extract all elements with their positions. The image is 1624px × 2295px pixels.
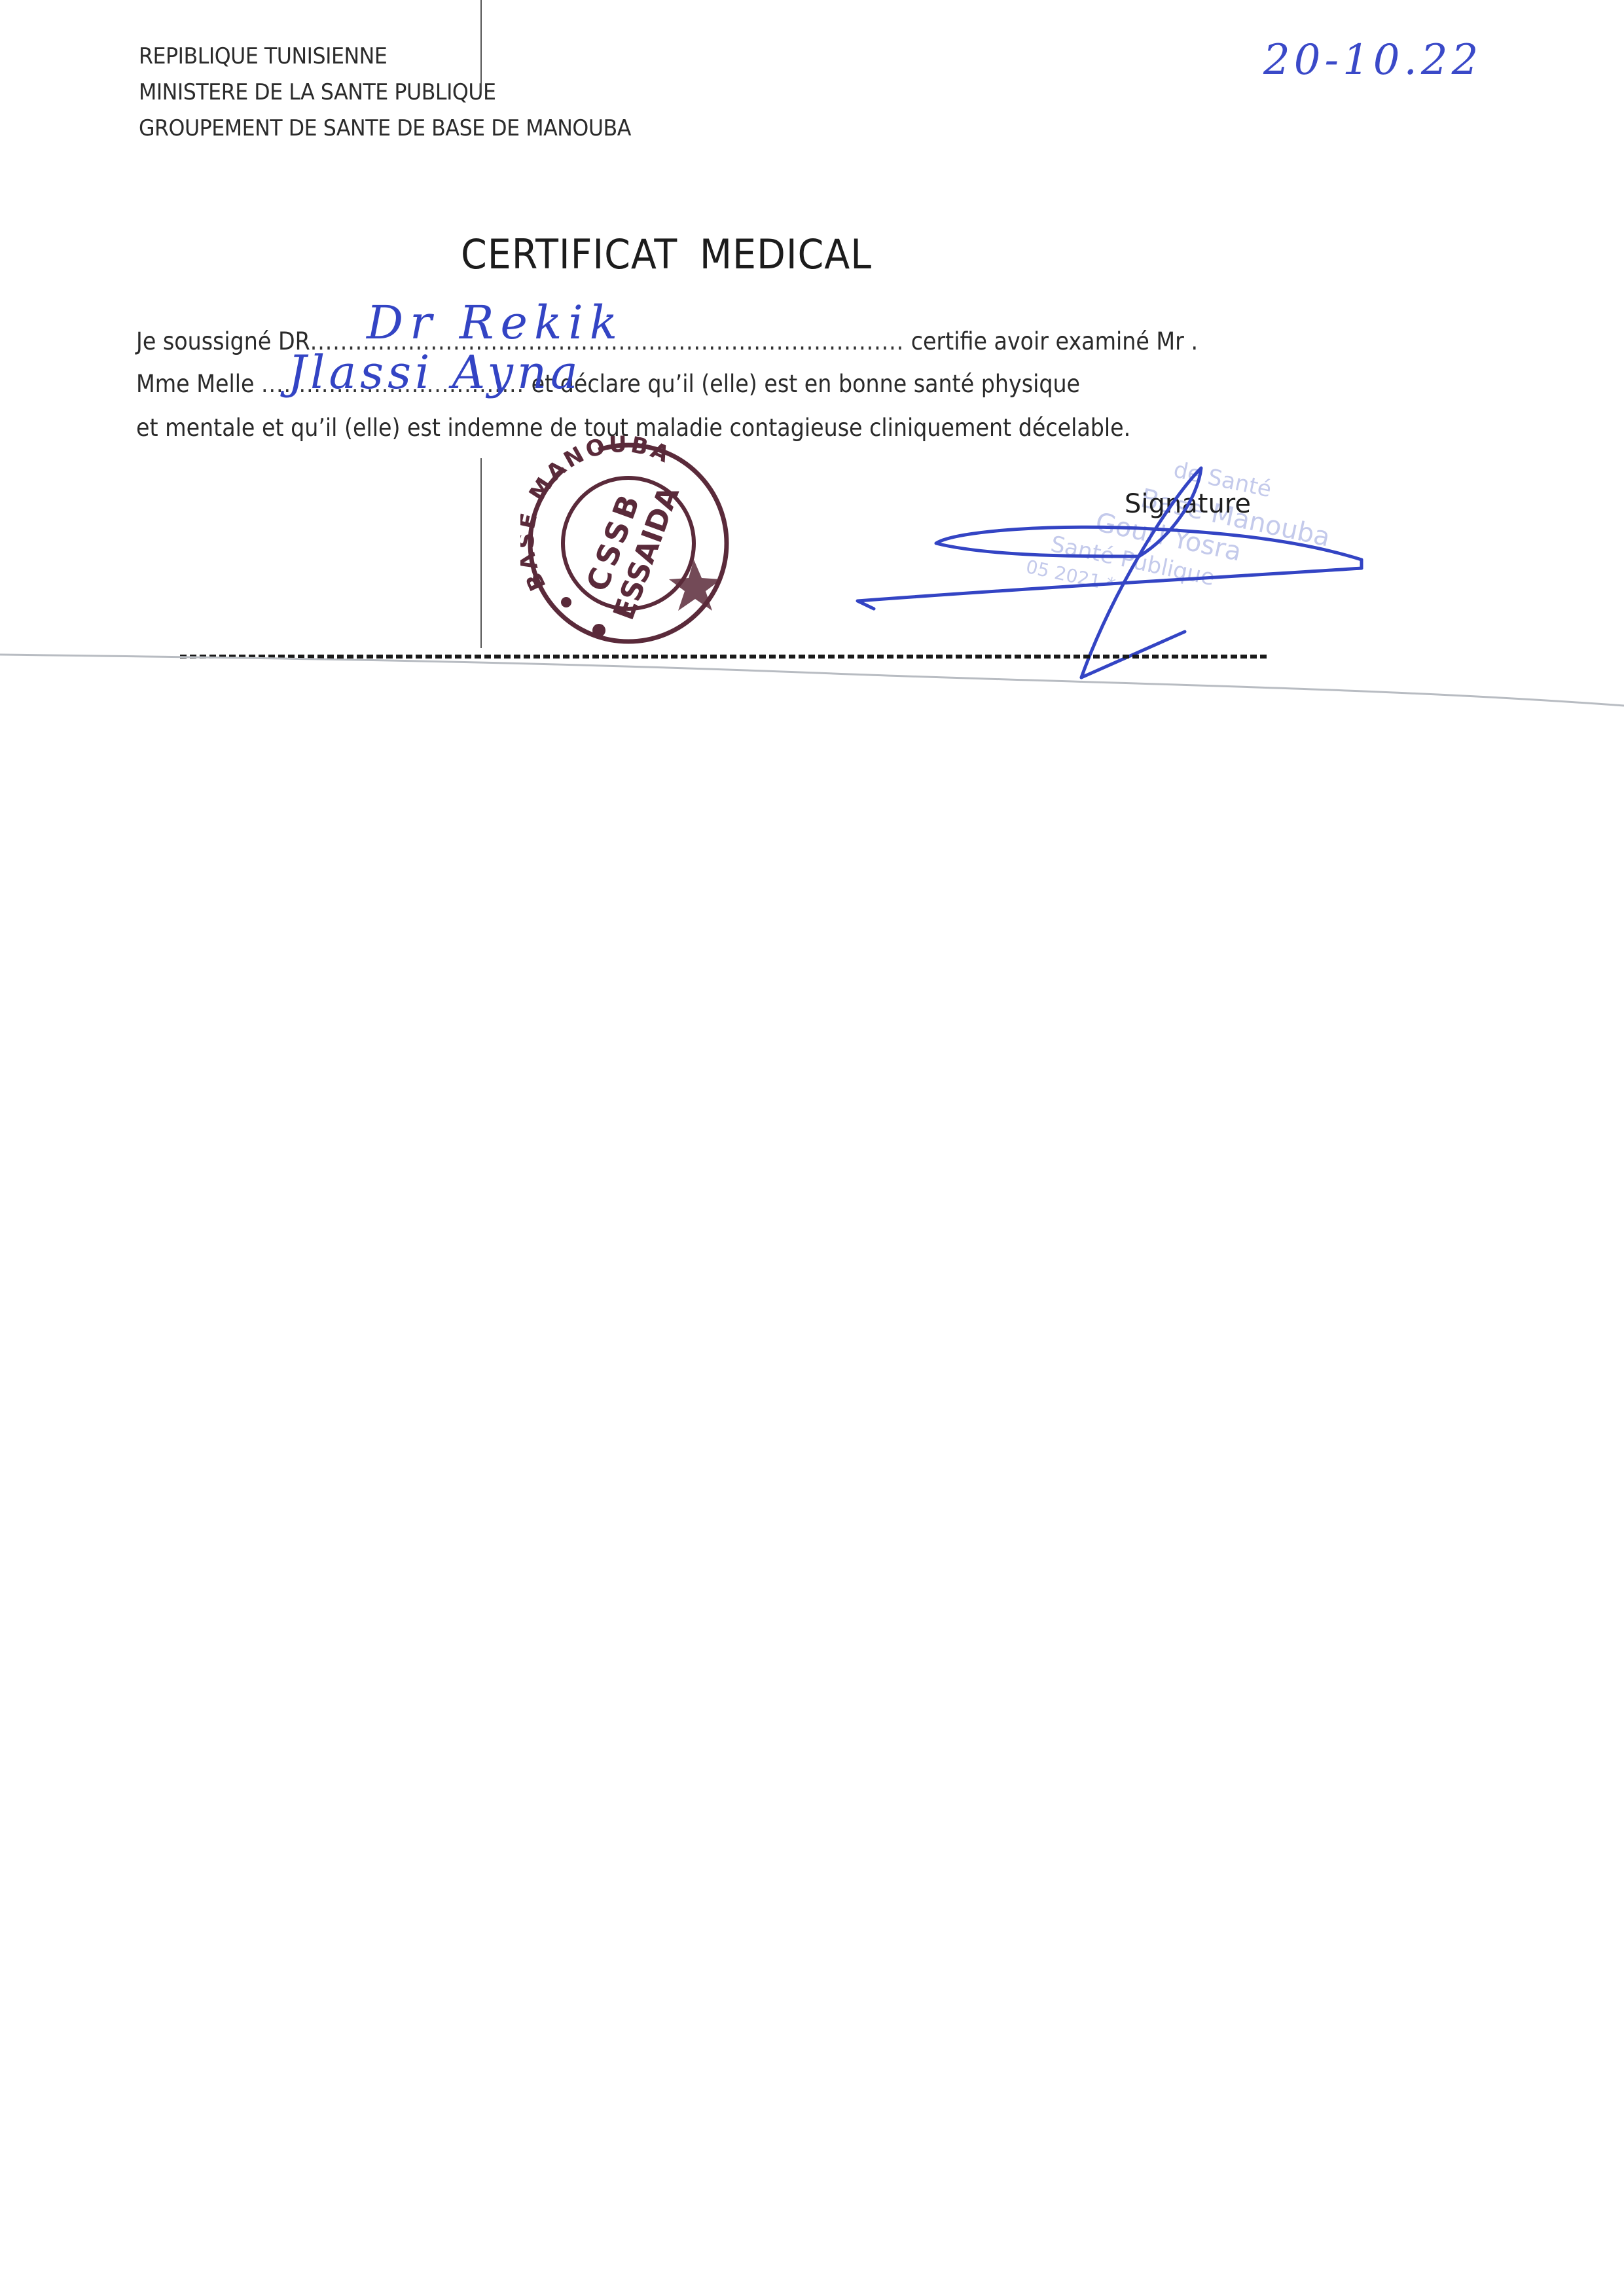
doctor-prefix: Je soussigné DR bbox=[136, 327, 310, 355]
patient-prefix: Mme Melle bbox=[136, 370, 261, 398]
fold-line-bottom bbox=[480, 458, 482, 648]
signature-label: Signature bbox=[1125, 489, 1251, 519]
doctor-stamp: de Santé Base Manouba Gouri Yosra Santé … bbox=[962, 452, 1381, 635]
fold-line-top bbox=[480, 0, 482, 92]
body-line-patient: Mme Melle ..............................… bbox=[136, 370, 1080, 398]
patient-suffix: et déclare qu’il (elle) est en bonne san… bbox=[524, 370, 1080, 398]
doctor-suffix: certifie avoir examiné Mr . bbox=[904, 327, 1198, 355]
handwritten-doctor-name: Dr Rekik bbox=[367, 296, 624, 350]
header-ministry: MINISTERE DE LA SANTE PUBLIQUE bbox=[139, 79, 496, 105]
document-title: CERTIFICAT MEDICAL bbox=[461, 230, 872, 278]
header-group: GROUPEMENT DE SANTE DE BASE DE MANOUBA bbox=[139, 115, 631, 141]
header-republic: REPIBLIQUE TUNISIENNE bbox=[139, 43, 387, 69]
handwritten-patient-name: Jlassi Ayna bbox=[288, 346, 582, 399]
dashed-separator bbox=[180, 655, 1270, 659]
round-stamp: BASE MANOUBA CSSB ESSAIDA bbox=[520, 435, 736, 651]
handwritten-date: 20-10.22 bbox=[1263, 36, 1482, 84]
